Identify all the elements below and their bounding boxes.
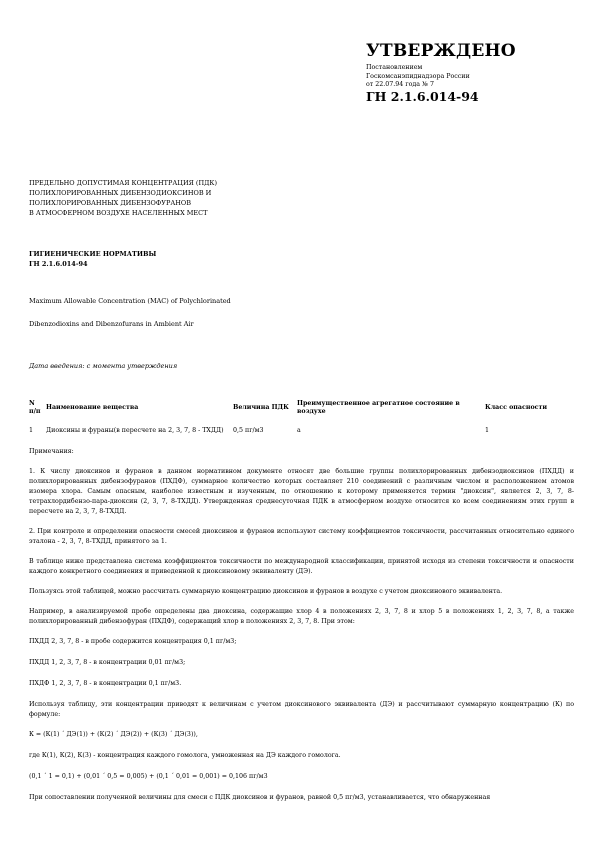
title-line: ПРЕДЕЛЬНО ДОПУСТИМАЯ КОНЦЕНТРАЦИЯ (ПДК) (29, 178, 329, 188)
hygienic-heading: ГИГИЕНИЧЕСКИЕ НОРМАТИВЫ (29, 249, 156, 259)
header-state: Преимущественное агрегатное состояние в … (297, 397, 485, 418)
cell-state: а (297, 418, 485, 442)
header-mac: Величина ПДК (233, 397, 297, 418)
notes-heading: Примечания: (29, 447, 574, 457)
approved-heading: УТВЕРЖДЕНО (366, 41, 516, 61)
title-line: ПОЛИХЛОРИРОВАННЫХ ДИБЕНЗОФУРАНОВ (29, 198, 329, 208)
approval-line: Постановлением (366, 64, 470, 73)
header-hazard: Класс опасности (485, 397, 575, 418)
norms-table: N п/п Наименование вещества Величина ПДК… (29, 397, 575, 442)
title-line: ПОЛИХЛОРИРОВАННЫХ ДИБЕНЗОДИОКСИНОВ И (29, 188, 329, 198)
note-paragraph: При сопоставлении полученной величины дл… (29, 793, 574, 803)
english-title-line-1: Maximum Allowable Concentration (MAC) of… (29, 297, 231, 305)
note-paragraph: Пользуясь этой таблицей, можно рассчитат… (29, 587, 574, 597)
header-name: Наименование вещества (46, 397, 233, 418)
approval-code: ГН 2.1.6.014-94 (366, 89, 479, 104)
calculation: (0,1 ´ 1 = 0,1) + (0,01 ´ 0,5 = 0,005) +… (29, 772, 574, 782)
table-row: 1 Диоксины и фураны(в пересчете на 2, 3,… (29, 418, 575, 442)
title-line: В АТМОСФЕРНОМ ВОЗДУХЕ НАСЕЛЕННЫХ МЕСТ (29, 208, 329, 218)
approval-details: Постановлением Госкомсанэпиднадзора Росс… (366, 64, 470, 90)
note-paragraph: 1. К числу диоксинов и фуранов в данном … (29, 467, 574, 517)
note-paragraph: ПХДФ 1, 2, 3, 7, 8 - в концентрации 0,1 … (29, 679, 574, 689)
notes-section: Примечания: 1. К числу диоксинов и фуран… (29, 447, 574, 813)
note-paragraph: 2. При контроле и определении опасности … (29, 527, 574, 547)
approval-line: Госкомсанэпиднадзора России (366, 73, 470, 82)
english-title-line-2: Dibenzodioxins and Dibenzofurans in Ambi… (29, 320, 194, 328)
introduction-date: Дата введения: с момента утверждения (29, 362, 177, 370)
note-paragraph: Например, в анализируемой пробе определе… (29, 607, 574, 627)
document-title: ПРЕДЕЛЬНО ДОПУСТИМАЯ КОНЦЕНТРАЦИЯ (ПДК) … (29, 178, 329, 218)
cell-mac: 0,5 пг/м3 (233, 418, 297, 442)
table-header-row: N п/п Наименование вещества Величина ПДК… (29, 397, 575, 418)
note-paragraph: ПХДД 1, 2, 3, 7, 8 - в концентрации 0,01… (29, 658, 574, 668)
note-paragraph: где К(1), К(2), К(3) - концентрация кажд… (29, 751, 574, 761)
hygienic-standards: ГИГИЕНИЧЕСКИЕ НОРМАТИВЫ ГН 2.1.6.014-94 (29, 249, 156, 269)
note-paragraph: ПХДД 2, 3, 7, 8 - в пробе содержится кон… (29, 637, 574, 647)
cell-num: 1 (29, 418, 46, 442)
note-paragraph: В таблице ниже представлена система коэф… (29, 557, 574, 577)
note-paragraph: Используя таблицу, эти концентрации прив… (29, 700, 574, 720)
cell-name: Диоксины и фураны(в пересчете на 2, 3, 7… (46, 418, 233, 442)
cell-hazard: 1 (485, 418, 575, 442)
formula: К = (К(1) ´ ДЭ(1)) + (К(2) ´ ДЭ(2)) + (К… (29, 730, 574, 740)
header-num: N п/п (29, 397, 46, 418)
hygienic-code: ГН 2.1.6.014-94 (29, 259, 156, 269)
